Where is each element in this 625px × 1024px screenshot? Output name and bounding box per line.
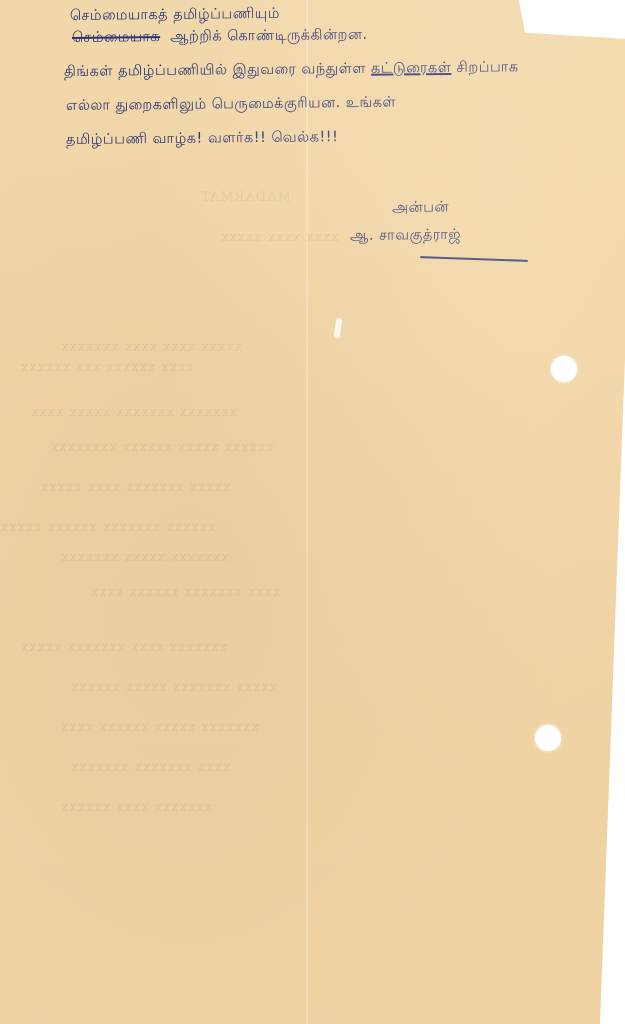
struck-out-word: செம்மையாக bbox=[72, 29, 160, 46]
paper-fold-crease bbox=[306, 0, 308, 1024]
bleed-through-line: xxxx xxxxxxx xxxxxx xxxx bbox=[90, 585, 280, 600]
bleed-through-line: xxxx xxxxxx xxx xxxxxx bbox=[20, 360, 194, 375]
bleed-through-line: MADARMAT bbox=[200, 190, 291, 205]
letter-page: MADARMATxxxx xxxx xxxxxxxxxx xxxx xxxx x… bbox=[0, 0, 625, 1024]
bleed-through-line: xxxx xxxxxxx xxxxxxx bbox=[70, 760, 230, 775]
punch-hole-upper bbox=[551, 356, 577, 382]
signature: ஆ. சாவகுத்ராஜ் bbox=[350, 227, 461, 246]
punch-hole-lower bbox=[535, 725, 561, 751]
bleed-through-line: xxxxx xxxxxxx xxxxx xxxxxx bbox=[70, 680, 277, 695]
letter-line-2: செம்மையாகஆற்றிக் கொண்டிருக்கின்றன. bbox=[72, 27, 368, 48]
underlined-word: கட்டுரைகள் bbox=[371, 60, 452, 77]
letter-line-5: தமிழ்ப்பணி வாழ்க! வளர்க!! வெல்க!!! bbox=[66, 129, 339, 150]
signature-underline bbox=[420, 256, 528, 262]
letter-line-3-start: திங்கள் தமிழ்ப்பணியில் இதுவரை வந்துள்ள bbox=[64, 61, 366, 80]
closing-salutation: அன்பன் bbox=[392, 199, 449, 218]
bleed-through-line: xxxxxxx xxxxx xxxxxxx bbox=[60, 550, 229, 565]
letter-line-3-end: சிறப்பாக bbox=[456, 59, 518, 76]
bleed-through-line: xxxxxx xxxxxxx xxxxxx xxxxx bbox=[0, 520, 215, 535]
bleed-through-line: xxxxxxx xxxxx xxxxxx xxxx bbox=[60, 720, 259, 735]
letter-line-2-text: ஆற்றிக் கொண்டிருக்கின்றன. bbox=[170, 27, 368, 45]
bleed-through-line: xxxxx xxxxxxx xxxx xxxxx bbox=[40, 480, 230, 495]
bleed-through-line: xxxxxxx xxxx xxxxxxx xxxxx bbox=[20, 640, 227, 655]
bleed-through-line: xxxxxxx xxxx xxxxxx bbox=[60, 800, 212, 815]
bleed-through-line: xxxxxxx xxxxxxx xxxxx xxxx bbox=[30, 405, 237, 420]
letter-line-4: எல்லா துறைகளிலும் பெருமைக்குரியன. உங்கள் bbox=[66, 95, 396, 116]
bleed-through-line: xxxx xxxx xxxxx bbox=[220, 230, 339, 245]
letter-line-1: செம்மையாகத் தமிழ்ப்பணியும் bbox=[70, 6, 280, 26]
bleed-through-line: xxxxx xxxx xxxx xxxxxxx bbox=[60, 340, 242, 355]
bleed-through-line: xxxxxx xxxxx xxxxxx xxxxxxxx bbox=[50, 440, 274, 455]
letter-line-3: திங்கள் தமிழ்ப்பணியில் இதுவரை வந்துள்ள க… bbox=[64, 59, 519, 82]
